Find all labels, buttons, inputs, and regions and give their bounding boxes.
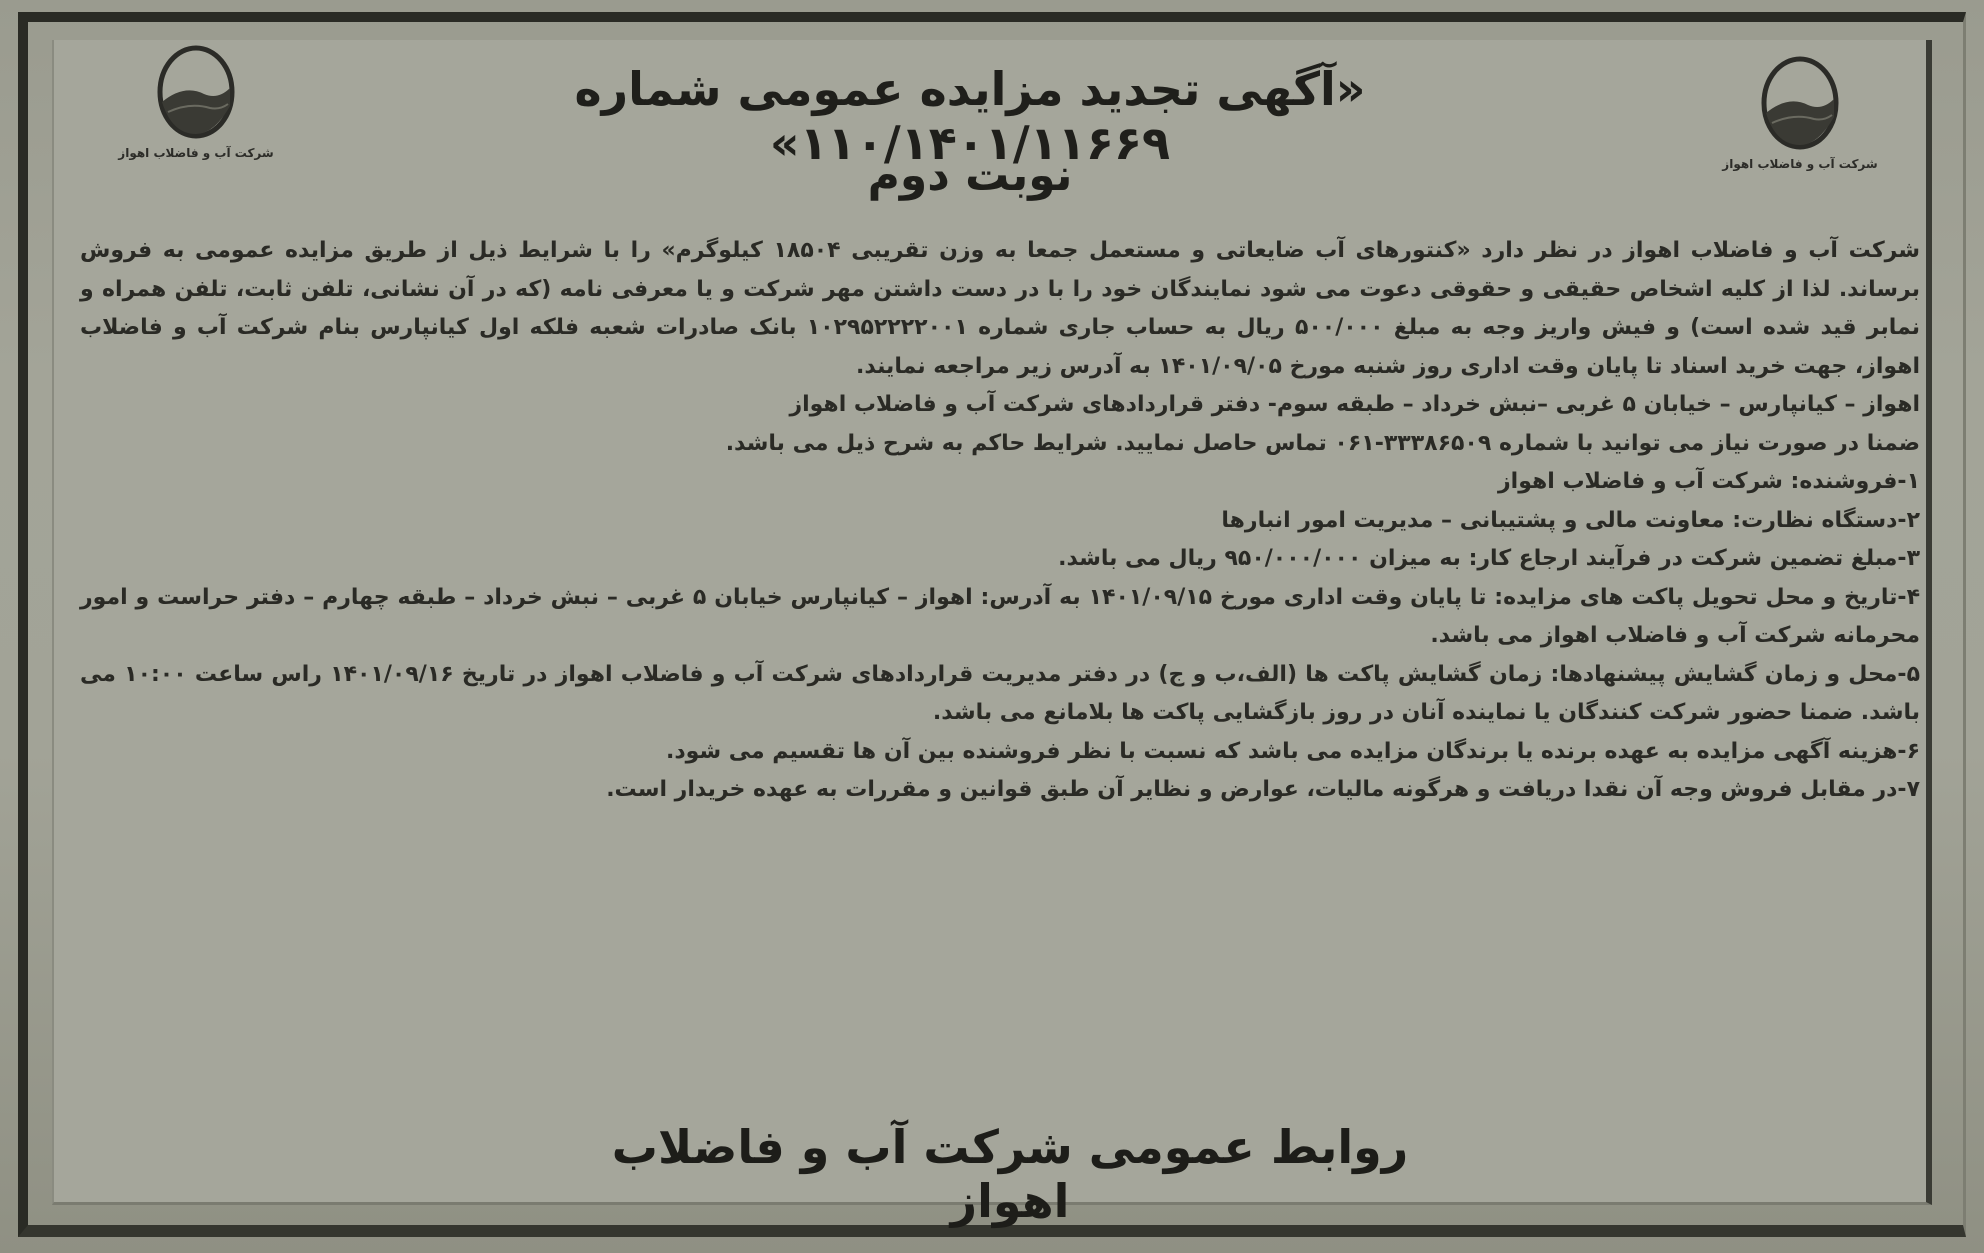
company-logo-right: شرکت آب و فاضلاب اهواز [1700, 55, 1900, 171]
intro-paragraph: شرکت آب و فاضلاب اهواز در نظر دارد «کنتو… [80, 232, 1920, 386]
logo-caption-right: شرکت آب و فاضلاب اهواز [1700, 157, 1900, 171]
condition-item-2: ۲-دستگاه نظارت: معاونت مالی و پشتیبانی –… [80, 502, 1920, 541]
condition-item-7: ۷-در مقابل فروش وجه آن نقدا دریافت و هرگ… [80, 771, 1920, 810]
address-line: اهواز – کیانپارس – خیابان ۵ غربی –نبش خر… [80, 386, 1920, 425]
condition-item-5: ۵-محل و زمان گشایش پیشنهادها: زمان گشایش… [80, 656, 1920, 733]
water-logo-icon [1758, 55, 1842, 151]
condition-item-1: ۱-فروشنده: شرکت آب و فاضلاب اهواز [80, 463, 1920, 502]
condition-item-6: ۶-هزینه آگهی مزایده به عهده برنده یا برن… [80, 733, 1920, 772]
water-logo-icon [154, 44, 238, 140]
company-logo-left: شرکت آب و فاضلاب اهواز [96, 44, 296, 160]
condition-item-4: ۴-تاریخ و محل تحویل پاکت های مزایده: تا … [80, 579, 1920, 656]
contact-line: ضمنا در صورت نیاز می توانید با شماره ۳۳۳… [80, 425, 1920, 464]
logo-caption-left: شرکت آب و فاضلاب اهواز [96, 146, 296, 160]
ad-subtitle: نوبت دوم [720, 150, 1220, 201]
ad-body: شرکت آب و فاضلاب اهواز در نظر دارد «کنتو… [80, 232, 1920, 810]
signature: روابط عمومی شرکت آب و فاضلاب اهواز [560, 1120, 1460, 1228]
condition-item-3: ۳-مبلغ تضمین شرکت در فرآیند ارجاع کار: ب… [80, 540, 1920, 579]
